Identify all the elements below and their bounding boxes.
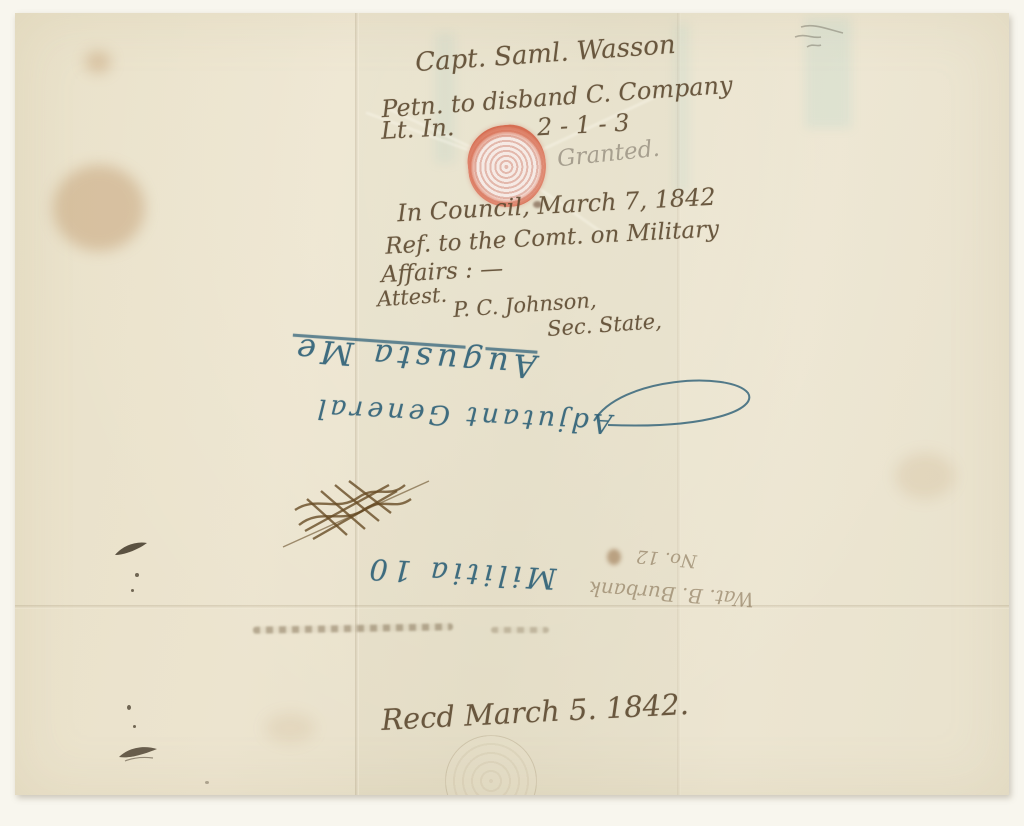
teal-showthrough-3: [675, 23, 689, 193]
manuscript-paper: Capt. Saml. Wasson Petn. to disband C. C…: [15, 13, 1009, 795]
ink-fleck: [133, 725, 136, 728]
docket-line-unit: Lt. In.: [380, 113, 455, 145]
signature-flourish-loop: [590, 369, 760, 439]
ink-fleck: [135, 573, 139, 577]
stain-large-left: [53, 165, 145, 251]
inverted-militia-note: Militia 10: [294, 524, 559, 596]
attest-label: Attest.: [376, 283, 448, 312]
docket-line-division-numbers: 2 - 1 - 3: [536, 109, 630, 142]
stain-small-topleft: [85, 51, 111, 73]
scanned-document-photo: Capt. Saml. Wasson Petn. to disband C. C…: [0, 0, 1024, 826]
horizontal-fold-crease: [15, 605, 1009, 609]
ink-swoosh-bottomleft: [115, 739, 161, 763]
ink-fleck: [127, 705, 131, 710]
ink-offset-smudge-small: [491, 627, 549, 633]
pencil-scribble-topright: [787, 19, 857, 55]
ink-fleck: [205, 781, 209, 784]
ink-fleck: [131, 589, 134, 592]
ink-swoosh-left: [111, 535, 151, 561]
stain-bottom: [265, 713, 315, 743]
stain-right: [895, 453, 955, 499]
